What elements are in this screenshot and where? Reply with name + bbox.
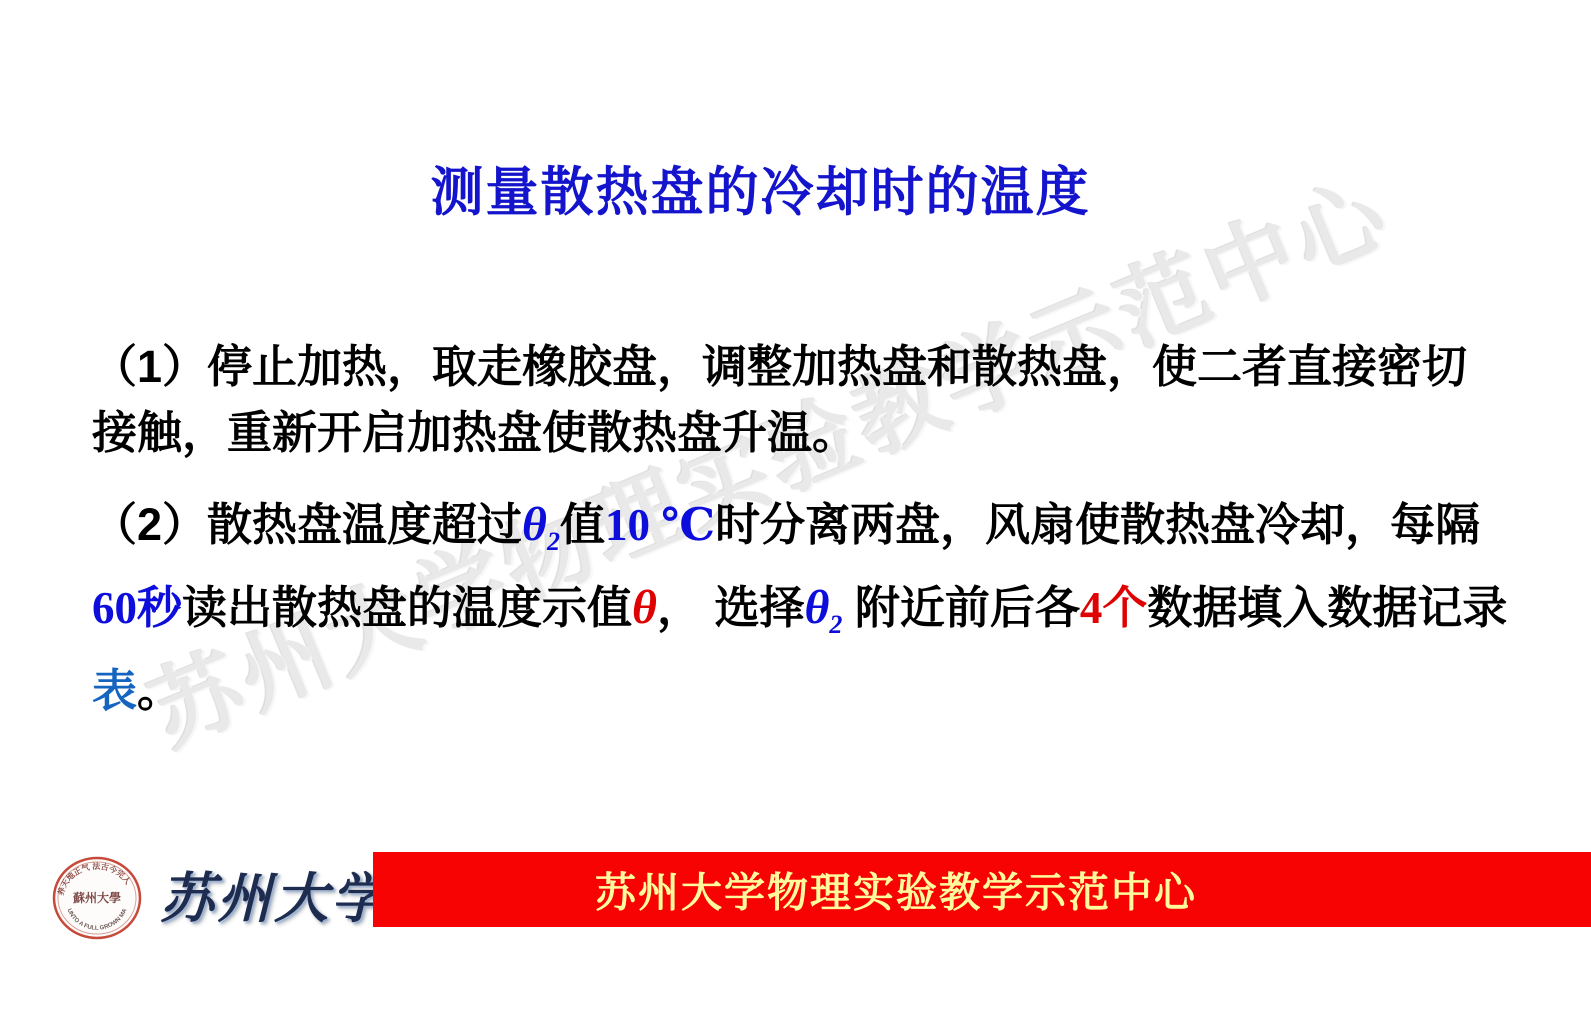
text-line: 60秒读出散热盘的温度示值θ， 选择θ2 附近前后各4个数据填入数据记录 [92,575,1507,658]
footer-banner: 苏州大学物理实验教学示范中心 [373,852,1591,927]
text-run: 接触，重新开启加热盘使散热盘升温。 [92,407,857,458]
data-count-value: 4 [1080,583,1103,633]
theta2-subscript: 2 [547,527,560,556]
text-run: 附近前后各 [842,582,1080,633]
text-run: （1）停止加热，取走橡胶盘，调整加热盘和散热盘，使二者直接密切 [92,341,1467,392]
text-line: （2）散热盘温度超过θ2值10 ℃时分离两盘，风扇使散热盘冷却，每隔 [92,492,1507,575]
theta2-subscript: 2 [829,610,842,639]
text-run: （2）散热盘温度超过 [92,499,522,550]
text-run: 数据填入数据记录 [1147,582,1507,633]
text-line: 接触，重新开启加热盘使散热盘升温。 [92,400,1467,466]
text-run: 个 [1102,582,1147,633]
text-run: ， 选择 [657,582,805,633]
table-word: 表 [92,665,137,716]
text-line: 表。 [92,658,1507,724]
theta2-symbol: θ [804,581,829,634]
theta2-symbol: θ [522,498,547,551]
seal-center-text: 蘇州大學 [73,890,121,905]
temperature-offset-value: 10 ℃ [605,500,715,550]
paragraph-1: （1）停止加热，取走橡胶盘，调整加热盘和散热盘，使二者直接密切接触，重新开启加热… [92,334,1467,466]
text-run: 读出散热盘的温度示值 [182,582,632,633]
text-run: 值 [560,499,605,550]
footer-banner-text: 苏州大学物理实验教学示范中心 [595,859,1197,918]
text-run: 。 [137,665,182,716]
text-run: 时分离两盘，风扇使散热盘冷却，每隔 [715,499,1480,550]
text-line: （1）停止加热，取走橡胶盘，调整加热盘和散热盘，使二者直接密切 [92,334,1467,400]
university-calligraphy-wordmark: 苏州大学 [160,856,375,933]
text-run: 秒 [137,582,182,633]
theta-symbol: θ [632,581,657,634]
slide: 苏州大学物理实验教学示范中心 测量散热盘的冷却时的温度 （1）停止加热，取走橡胶… [0,0,1591,1034]
paragraph-2: （2）散热盘温度超过θ2值10 ℃时分离两盘，风扇使散热盘冷却，每隔60秒读出散… [92,492,1507,724]
seal-icon: 养天地正气 法古今完人 蘇州大學 UNTO A FULL GROWN MAN [51,856,143,942]
university-seal-logo: 养天地正气 法古今完人 蘇州大學 UNTO A FULL GROWN MAN [51,856,143,942]
interval-seconds-value: 60 [92,583,137,633]
